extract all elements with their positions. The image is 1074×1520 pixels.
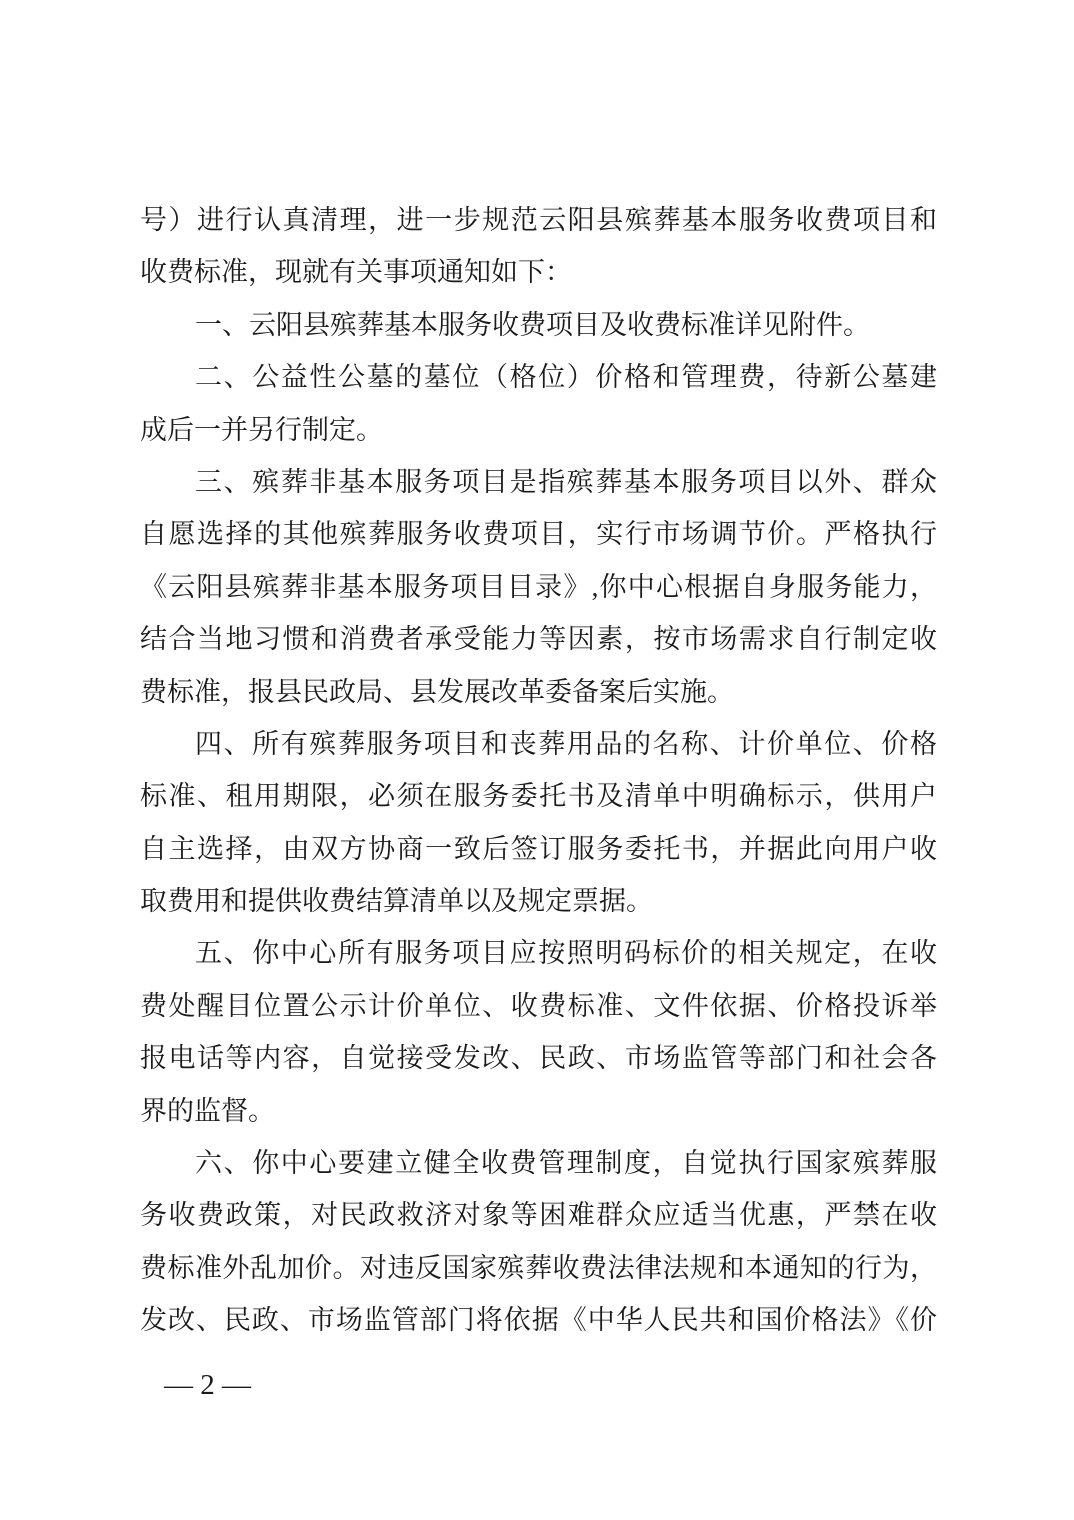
text-line: 取费用和提供收费结算清单以及规定票据。 xyxy=(140,875,937,927)
text-line: 号）进行认真清理，进一步规范云阳县殡葬基本服务收费项目和 xyxy=(140,194,937,246)
text-line: 自愿选择的其他殡葬服务收费项目，实行市场调节价。严格执行 xyxy=(140,508,937,560)
page-number: — 2 — xyxy=(164,1360,251,1410)
text-line: 成后一并另行制定。 xyxy=(140,404,937,456)
text-line: 发改、民政、市场监管部门将依据《中华人民共和国价格法》《价 xyxy=(140,1294,937,1346)
text-line-item-2: 二、公益性公墓的墓位（格位）价格和管理费，待新公墓建 xyxy=(140,351,937,403)
text-line-item-1: 一、云阳县殡葬基本服务收费项目及收费标准详见附件。 xyxy=(140,299,937,351)
text-line: 费处醒目位置公示计价单位、收费标准、文件依据、价格投诉举 xyxy=(140,980,937,1032)
text-line-item-3: 三、殡葬非基本服务项目是指殡葬基本服务项目以外、群众 xyxy=(140,456,937,508)
text-line: 标准、租用期限，必须在服务委托书及清单中明确标示，供用户 xyxy=(140,770,937,822)
text-line: 报电话等内容，自觉接受发改、民政、市场监管等部门和社会各 xyxy=(140,1032,937,1084)
text-line: 《云阳县殡葬非基本服务项目目录》,你中心根据自身服务能力， xyxy=(140,561,937,613)
text-line-item-4: 四、所有殡葬服务项目和丧葬用品的名称、计价单位、价格 xyxy=(140,718,937,770)
text-line: 费标准外乱加价。对违反国家殡葬收费法律法规和本通知的行为， xyxy=(140,1242,937,1294)
document-text: 号）进行认真清理，进一步规范云阳县殡葬基本服务收费项目和 收费标准，现就有关事项… xyxy=(140,194,937,1347)
text-line: 自主选择，由双方协商一致后签订服务委托书，并据此向用户收 xyxy=(140,823,937,875)
text-line: 界的监督。 xyxy=(140,1085,937,1137)
text-line: 收费标准，现就有关事项通知如下： xyxy=(140,246,937,298)
text-line-item-5: 五、你中心所有服务项目应按照明码标价的相关规定，在收 xyxy=(140,927,937,979)
text-line: 结合当地习惯和消费者承受能力等因素，按市场需求自行制定收 xyxy=(140,613,937,665)
text-line: 务收费政策，对民政救济对象等困难群众应适当优惠，严禁在收 xyxy=(140,1189,937,1241)
text-line: 费标准，报县民政局、县发展改革委备案后实施。 xyxy=(140,666,937,718)
text-line-item-6: 六、你中心要建立健全收费管理制度，自觉执行国家殡葬服 xyxy=(140,1137,937,1189)
